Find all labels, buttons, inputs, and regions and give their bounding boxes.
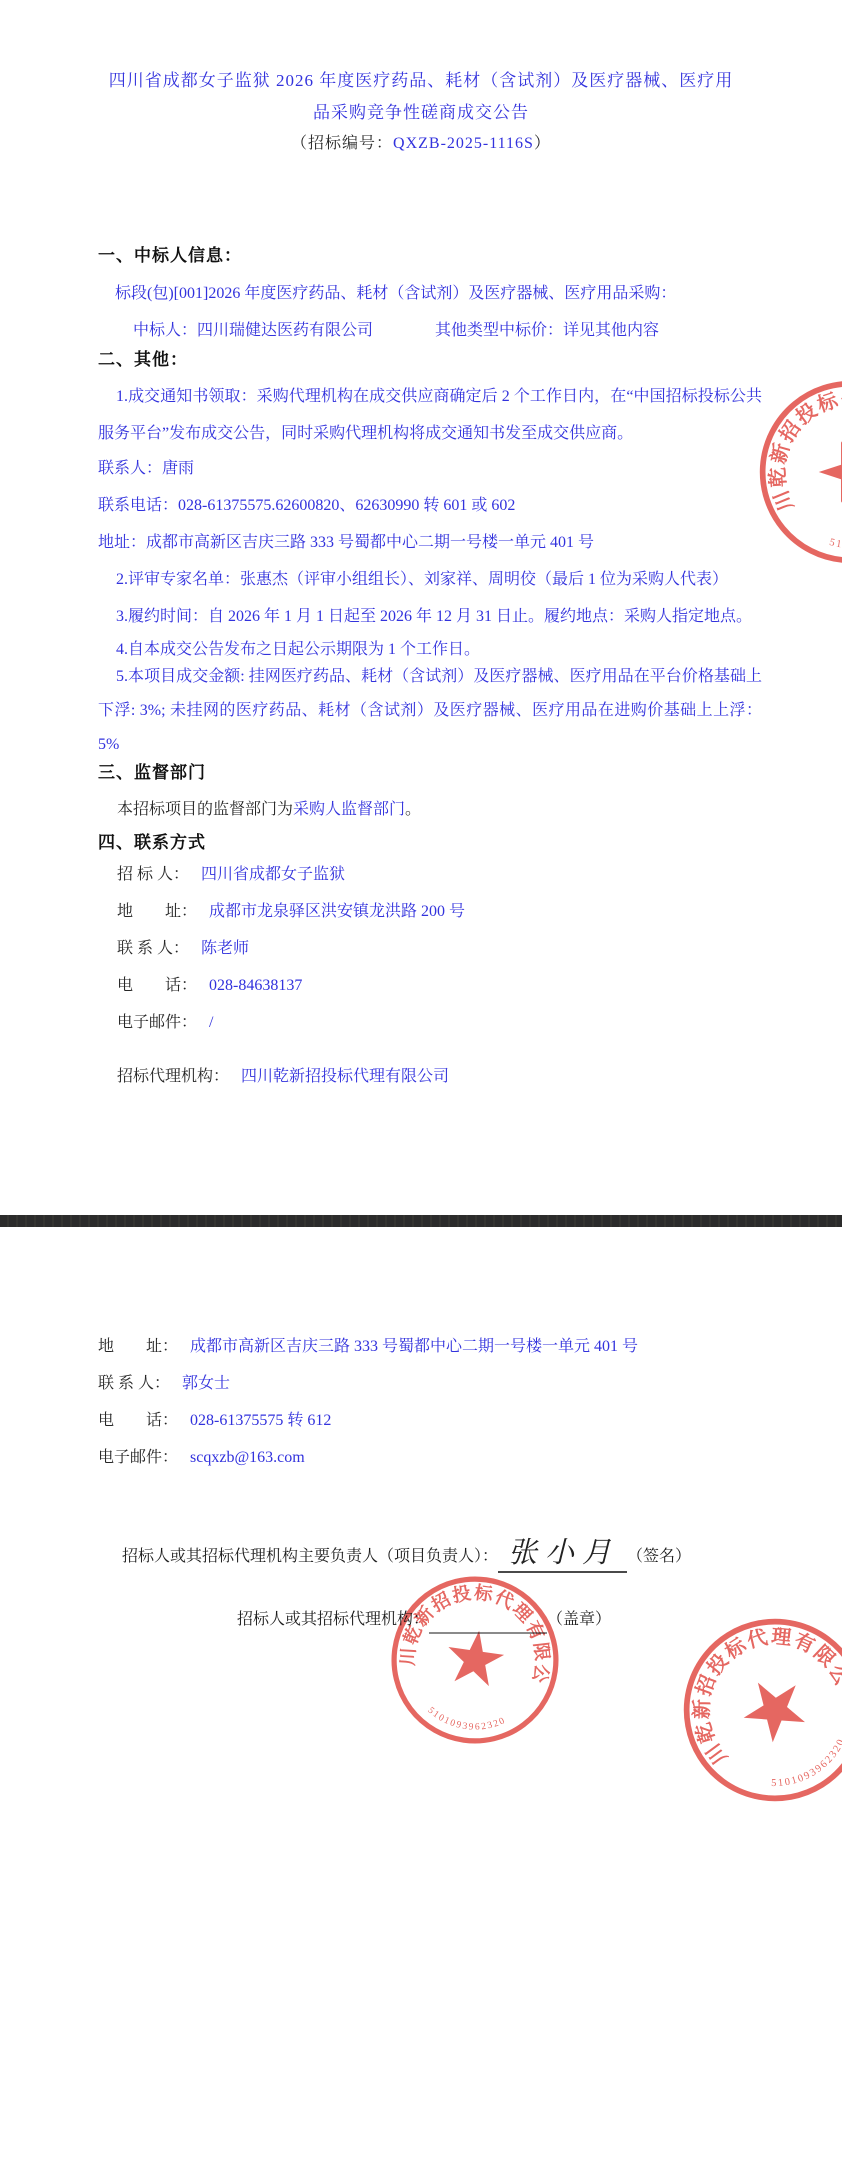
page-break-divider xyxy=(0,1215,842,1227)
seal-code-text: 5101093962320 xyxy=(825,511,842,561)
tender-ref-suffix: ） xyxy=(534,135,551,152)
seal-star-icon xyxy=(732,1666,815,1748)
contact-row: 电 话：028-61375575 转 612 xyxy=(98,1408,331,1434)
supervision-prefix: 本招标项目的监督部门为 xyxy=(117,801,293,818)
contact-row-label: 电 话： xyxy=(98,1412,178,1429)
tender-reference: （招标编号：QXZB-2025-1116S） xyxy=(0,130,842,153)
red-seal-stamp-right: 四川乾新招投标代理有限公司 5101093962320 xyxy=(644,1579,842,1841)
contact-row-value: 郭女士 xyxy=(182,1375,230,1392)
signature-person-label: 招标人或其招标代理机构主要负责人（项目负责人）： xyxy=(122,1543,498,1571)
contact-row-label: 地 址： xyxy=(117,903,197,920)
contact-row: 电子邮件：scqxzb@163.com xyxy=(98,1445,305,1471)
contact-row-label: 电 话： xyxy=(117,977,197,994)
winner-line: 中标人：四川瑞健达医药有限公司其他类型中标价：详见其他内容 xyxy=(133,318,659,344)
contact-row-label: 联 系 人： xyxy=(98,1375,170,1392)
contact-row-value: 028-61375575 转 612 xyxy=(190,1412,331,1429)
page-title-line1: 四川省成都女子监狱 2026 年度医疗药品、耗材（含试剂）及医疗器械、医疗用 xyxy=(0,66,842,91)
agency-contact-line: 联系人：唐雨 xyxy=(98,456,194,482)
contact-row: 联 系 人：郭女士 xyxy=(98,1371,230,1397)
signature-person-row: 招标人或其招标代理机构主要负责人（项目负责人）：张小月（签名） xyxy=(122,1528,691,1571)
svg-text:5101093962320: 5101093962320 xyxy=(424,1704,509,1738)
agency-address-line: 地址：成都市高新区吉庆三路 333 号蜀都中心二期一号楼一单元 401 号 xyxy=(98,530,594,556)
lot-line: 标段(包)[001]2026 年度医疗药品、耗材（含试剂）及医疗器械、医疗用品采… xyxy=(115,281,676,307)
contact-row-label: 招 标 人： xyxy=(117,866,189,883)
seal-star-icon xyxy=(812,432,842,507)
seal-star-icon xyxy=(444,1627,507,1688)
signature-org-suffix: （盖章） xyxy=(547,1606,611,1634)
tender-ref-code: QXZB-2025-1116S xyxy=(393,135,534,152)
contact-row-label: 地 址： xyxy=(98,1338,178,1355)
contact-row-value: 028-84638137 xyxy=(209,977,302,994)
signature-org-underline xyxy=(429,1612,547,1634)
amount-paragraph: 5.本项目成交金额: 挂网医疗药品、耗材（含试剂）及医疗器械、医疗用品在平台价格… xyxy=(98,660,762,762)
notice-paragraph: 1.成交通知书领取：采购代理机构在成交供应商确定后 2 个工作日内，在“中国招标… xyxy=(98,378,762,452)
contact-row-label: 电子邮件： xyxy=(98,1449,178,1466)
page-title-line2: 品采购竞争性磋商成交公告 xyxy=(0,98,842,123)
contact-row-value: 成都市龙泉驿区洪安镇龙洪路 200 号 xyxy=(209,903,465,920)
supervision-line: 本招标项目的监督部门为采购人监督部门。 xyxy=(117,797,421,823)
seal-code-text: 5101093962320 xyxy=(424,1704,509,1738)
contact-row-label: 电子邮件： xyxy=(117,1014,197,1031)
svg-text:5101093962320: 5101093962320 xyxy=(825,511,842,561)
contact-row-value: / xyxy=(209,1014,213,1031)
seal-company-text: 四川乾新招投标代理有限公司 xyxy=(644,1579,842,1781)
svg-text:5101093962320: 5101093962320 xyxy=(766,1733,842,1801)
contact-row: 招 标 人：四川省成都女子监狱 xyxy=(117,862,345,888)
signature-org-row: 招标人或其招标代理机构：（盖章） xyxy=(237,1606,611,1634)
other-price-value: 详见其他内容 xyxy=(563,322,659,339)
red-seal-stamp-signature: 四川乾新招投标代理有限公司 5101093962320 xyxy=(377,1562,574,1759)
supervision-suffix: 。 xyxy=(405,801,421,818)
winner-value: 四川瑞健达医药有限公司 xyxy=(197,322,373,339)
performance-line: 3.履约时间：自 2026 年 1 月 1 日起至 2026 年 12 月 31… xyxy=(98,604,752,630)
section2-heading: 二、其他： xyxy=(98,347,188,373)
contact-row-label: 联 系 人： xyxy=(117,940,189,957)
contact-row: 电 话：028-84638137 xyxy=(117,973,302,999)
section4-heading: 四、联系方式 xyxy=(98,830,206,856)
signature-person-suffix: （签名） xyxy=(627,1543,691,1571)
supervision-dept: 采购人监督部门 xyxy=(293,801,405,818)
section1-heading: 一、中标人信息： xyxy=(98,243,242,269)
experts-line: 2.评审专家名单：张惠杰（评审小组组长）、刘家祥、周明佼（最后 1 位为采购人代… xyxy=(98,567,728,593)
other-price-label: 其他类型中标价： xyxy=(435,322,563,339)
contact-row-value: 四川省成都女子监狱 xyxy=(201,866,345,883)
handwritten-signature: 张小月 xyxy=(498,1530,627,1573)
contact-row-value: scqxzb@163.com xyxy=(190,1449,305,1466)
agency-phone-line: 联系电话：028-61375575.62600820、62630990 转 60… xyxy=(98,493,515,519)
contact-row-value: 成都市高新区吉庆三路 333 号蜀都中心二期一号楼一单元 401 号 xyxy=(190,1338,638,1355)
agency-row: 招标代理机构：四川乾新招投标代理有限公司 xyxy=(117,1064,449,1090)
contact-row: 地 址：成都市龙泉驿区洪安镇龙洪路 200 号 xyxy=(117,899,465,925)
contact-row: 地 址：成都市高新区吉庆三路 333 号蜀都中心二期一号楼一单元 401 号 xyxy=(98,1334,638,1360)
document-page: 四川省成都女子监狱 2026 年度医疗药品、耗材（含试剂）及医疗器械、医疗用 品… xyxy=(0,0,842,2161)
contact-row-value: 陈老师 xyxy=(201,940,249,957)
contact-row: 联 系 人：陈老师 xyxy=(117,936,249,962)
section3-heading: 三、监督部门 xyxy=(98,760,206,786)
seal-code-text: 5101093962320 xyxy=(766,1733,842,1801)
signature-org-label: 招标人或其招标代理机构： xyxy=(237,1606,429,1634)
svg-text:四川乾新招投标代理有限公司: 四川乾新招投标代理有限公司 xyxy=(644,1579,842,1781)
tender-ref-prefix: （招标编号： xyxy=(291,135,393,152)
winner-label: 中标人： xyxy=(133,322,197,339)
contact-row: 电子邮件：/ xyxy=(117,1010,213,1036)
agency-row-value: 四川乾新招投标代理有限公司 xyxy=(241,1068,449,1085)
agency-row-label: 招标代理机构： xyxy=(117,1068,229,1085)
